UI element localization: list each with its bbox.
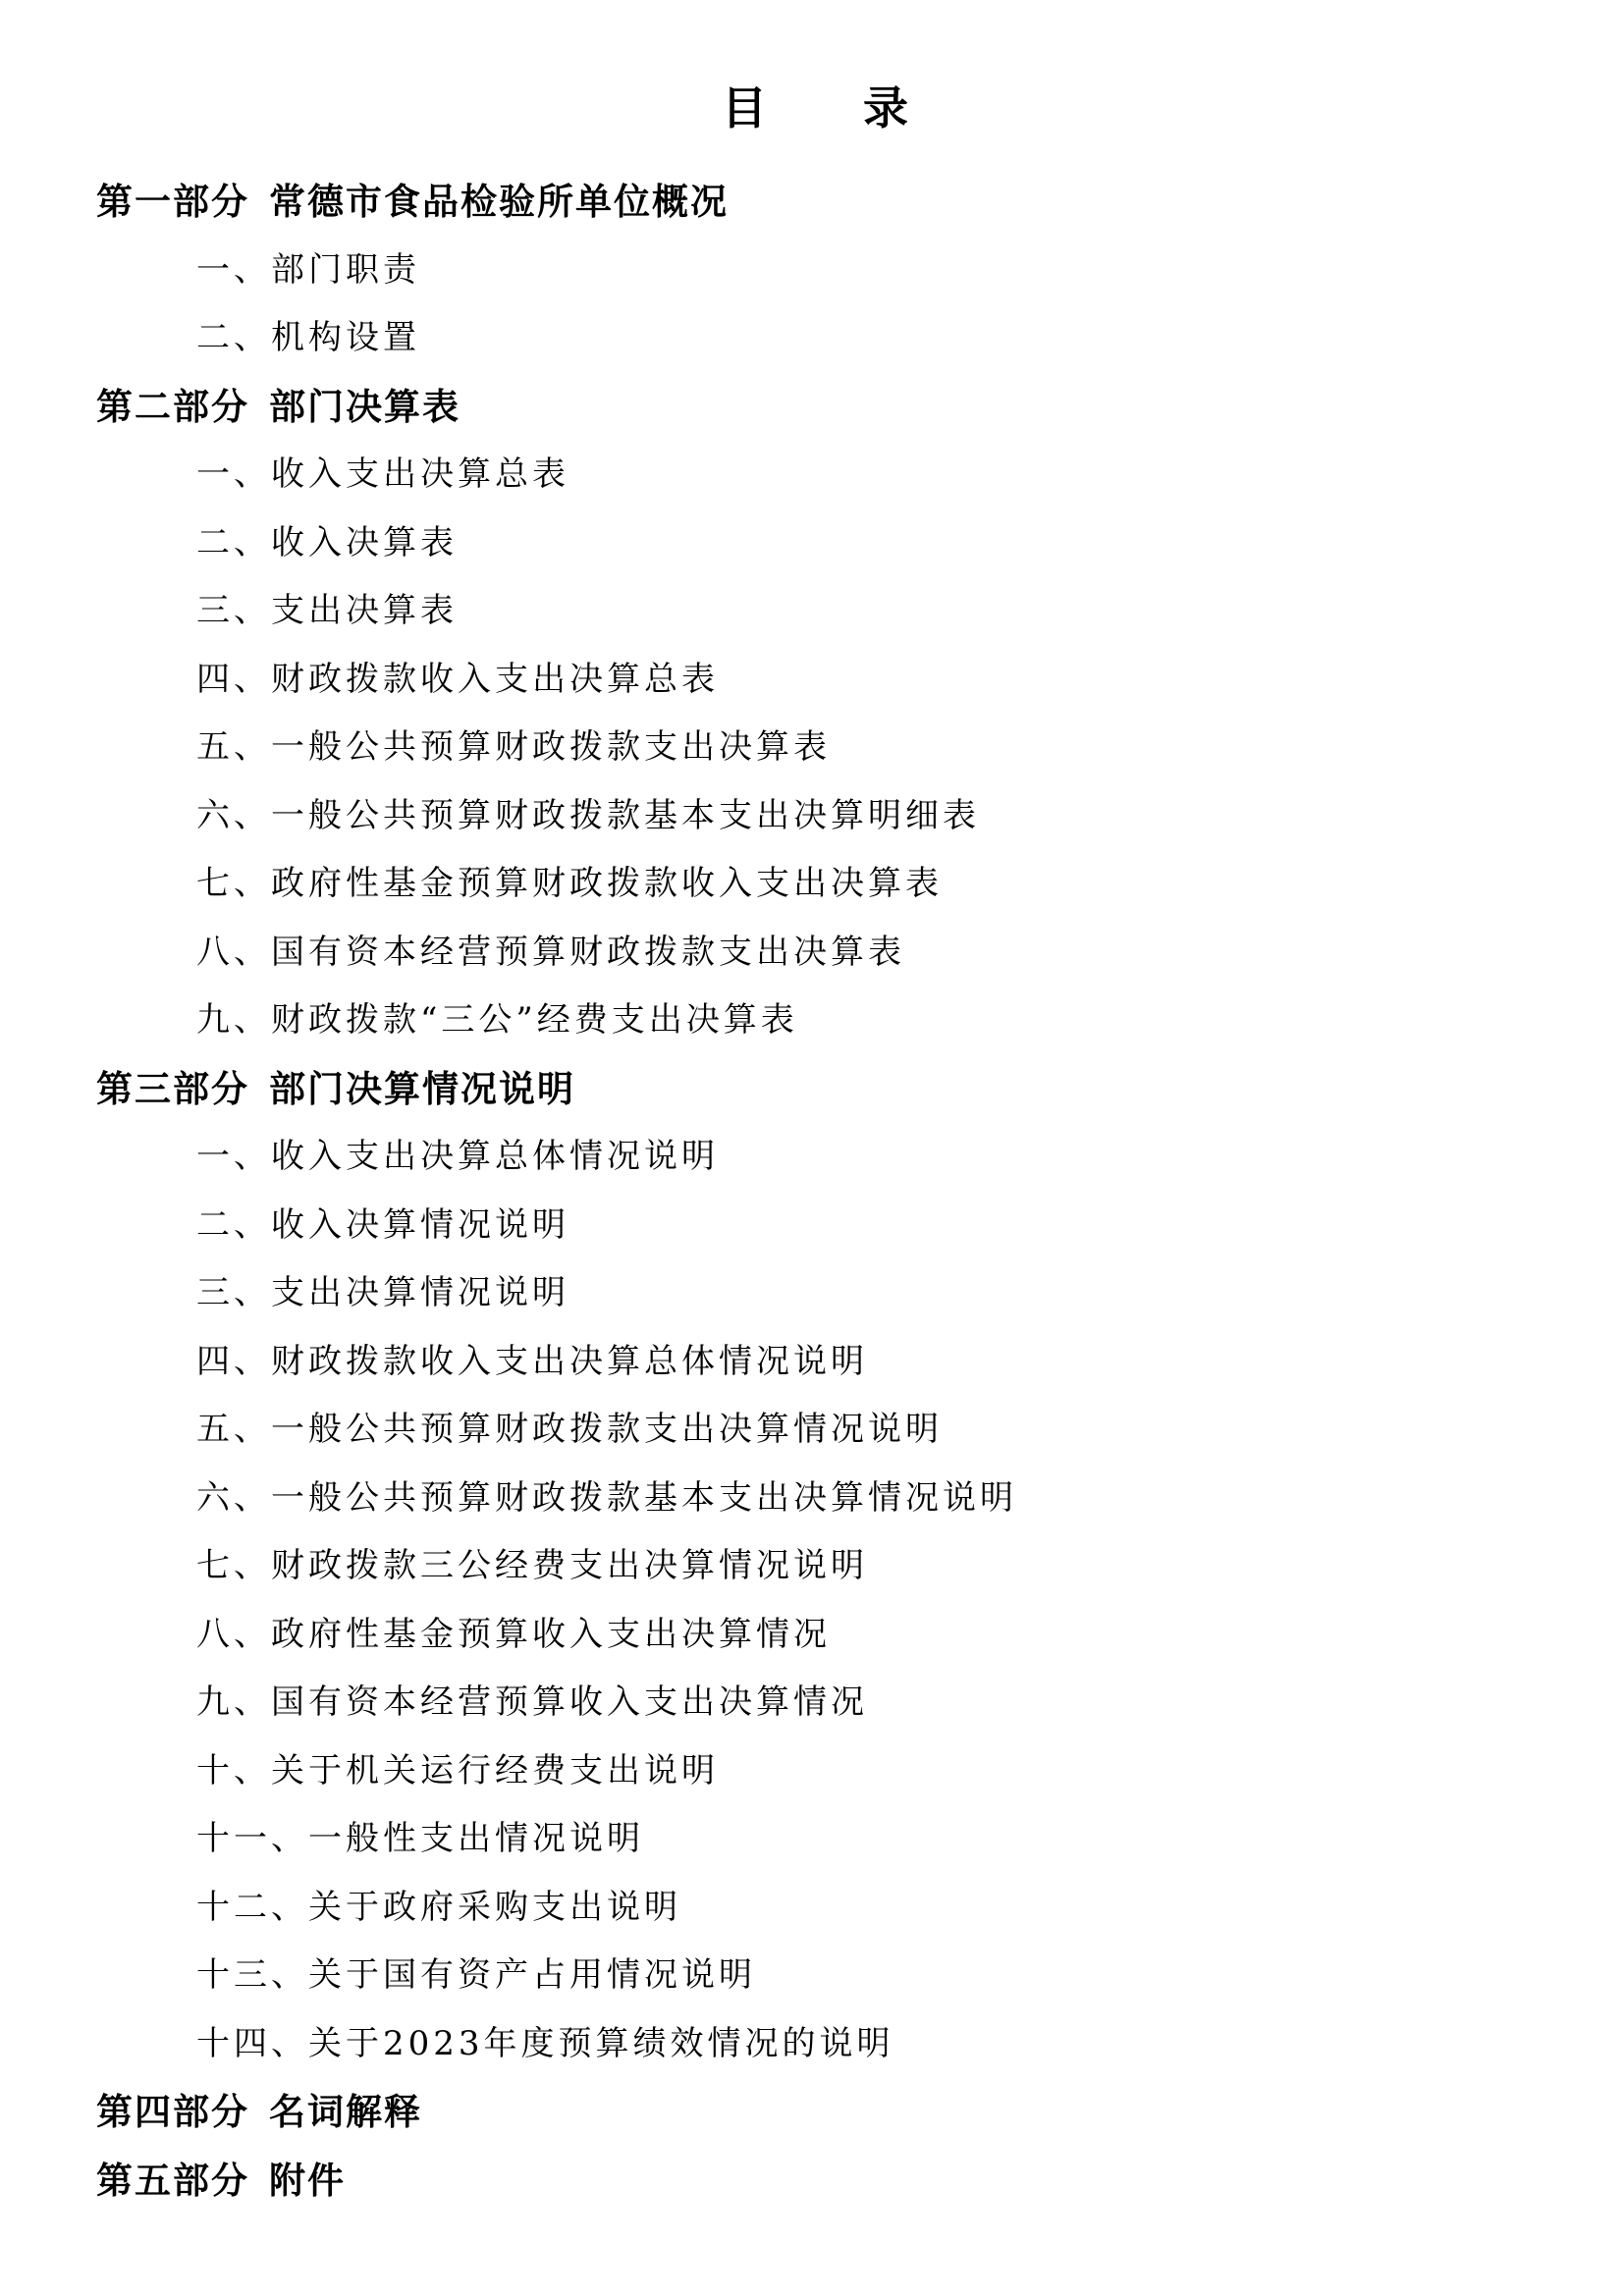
section-title: 部门决算情况说明: [269, 1069, 575, 1109]
table-of-contents: 第一部分常德市食品检验所单位概况 一、部门职责 二、机构设置 第二部分部门决算表…: [96, 168, 1536, 2215]
toc-item: 九、财政拨款“三公”经费支出决算表: [196, 987, 1536, 1055]
toc-item: 三、支出决算表: [196, 577, 1536, 646]
section-part-label: 第二部分: [96, 387, 249, 427]
section-heading: 第四部分名词解释: [96, 2078, 1536, 2147]
page-title: 目 录: [96, 74, 1536, 142]
section-title: 名词解释: [269, 2092, 422, 2132]
section-title: 部门决算表: [269, 387, 460, 427]
section-title: 常德市食品检验所单位概况: [269, 182, 729, 222]
toc-item: 十一、一般性支出情况说明: [196, 1805, 1536, 1874]
section-title: 附件: [269, 2161, 346, 2201]
toc-item: 二、收入决算表: [196, 509, 1536, 578]
toc-section: 第四部分名词解释: [96, 2078, 1536, 2147]
section-item-list: 一、收入支出决算总表 二、收入决算表 三、支出决算表 四、财政拨款收入支出决算总…: [96, 441, 1536, 1055]
toc-item: 七、政府性基金预算财政拨款收入支出决算表: [196, 850, 1536, 919]
section-heading: 第三部分部门决算情况说明: [96, 1055, 1536, 1124]
toc-item: 一、收入支出决算总体情况说明: [196, 1123, 1536, 1192]
section-part-label: 第四部分: [96, 2092, 249, 2132]
toc-item: 一、收入支出决算总表: [196, 441, 1536, 509]
toc-item: 六、一般公共预算财政拨款基本支出决算情况说明: [196, 1465, 1536, 1533]
section-heading: 第五部分附件: [96, 2147, 1536, 2216]
section-heading: 第一部分常德市食品检验所单位概况: [96, 168, 1536, 237]
toc-section: 第二部分部门决算表 一、收入支出决算总表 二、收入决算表 三、支出决算表 四、财…: [96, 373, 1536, 1055]
toc-item: 一、部门职责: [196, 237, 1536, 305]
toc-item: 五、一般公共预算财政拨款支出决算表: [196, 714, 1536, 782]
section-item-list: 一、收入支出决算总体情况说明 二、收入决算情况说明 三、支出决算情况说明 四、财…: [96, 1123, 1536, 2078]
toc-item: 六、一般公共预算财政拨款基本支出决算明细表: [196, 782, 1536, 851]
document-page: 目 录 第一部分常德市食品检验所单位概况 一、部门职责 二、机构设置 第二部分部…: [0, 0, 1624, 2296]
section-part-label: 第一部分: [96, 182, 249, 222]
toc-item: 十、关于机关运行经费支出说明: [196, 1737, 1536, 1806]
toc-item: 十二、关于政府采购支出说明: [196, 1874, 1536, 1943]
section-heading: 第二部分部门决算表: [96, 373, 1536, 442]
section-item-list: 一、部门职责 二、机构设置: [96, 237, 1536, 373]
toc-section: 第五部分附件: [96, 2147, 1536, 2216]
section-part-label: 第五部分: [96, 2161, 249, 2201]
toc-item: 二、收入决算情况说明: [196, 1192, 1536, 1260]
toc-section: 第三部分部门决算情况说明 一、收入支出决算总体情况说明 二、收入决算情况说明 三…: [96, 1055, 1536, 2079]
toc-item: 三、支出决算情况说明: [196, 1259, 1536, 1328]
toc-item: 四、财政拨款收入支出决算总表: [196, 646, 1536, 715]
toc-item: 五、一般公共预算财政拨款支出决算情况说明: [196, 1396, 1536, 1465]
section-part-label: 第三部分: [96, 1069, 249, 1109]
toc-item: 二、机构设置: [196, 304, 1536, 373]
toc-item: 九、国有资本经营预算收入支出决算情况: [196, 1669, 1536, 1737]
toc-section: 第一部分常德市食品检验所单位概况 一、部门职责 二、机构设置: [96, 168, 1536, 373]
toc-item: 十四、关于2023年度预算绩效情况的说明: [196, 2010, 1536, 2079]
toc-item: 四、财政拨款收入支出决算总体情况说明: [196, 1328, 1536, 1397]
toc-item: 七、财政拨款三公经费支出决算情况说明: [196, 1532, 1536, 1601]
toc-item: 八、国有资本经营预算财政拨款支出决算表: [196, 919, 1536, 988]
toc-item: 十三、关于国有资产占用情况说明: [196, 1942, 1536, 2010]
toc-item: 八、政府性基金预算收入支出决算情况: [196, 1601, 1536, 1670]
